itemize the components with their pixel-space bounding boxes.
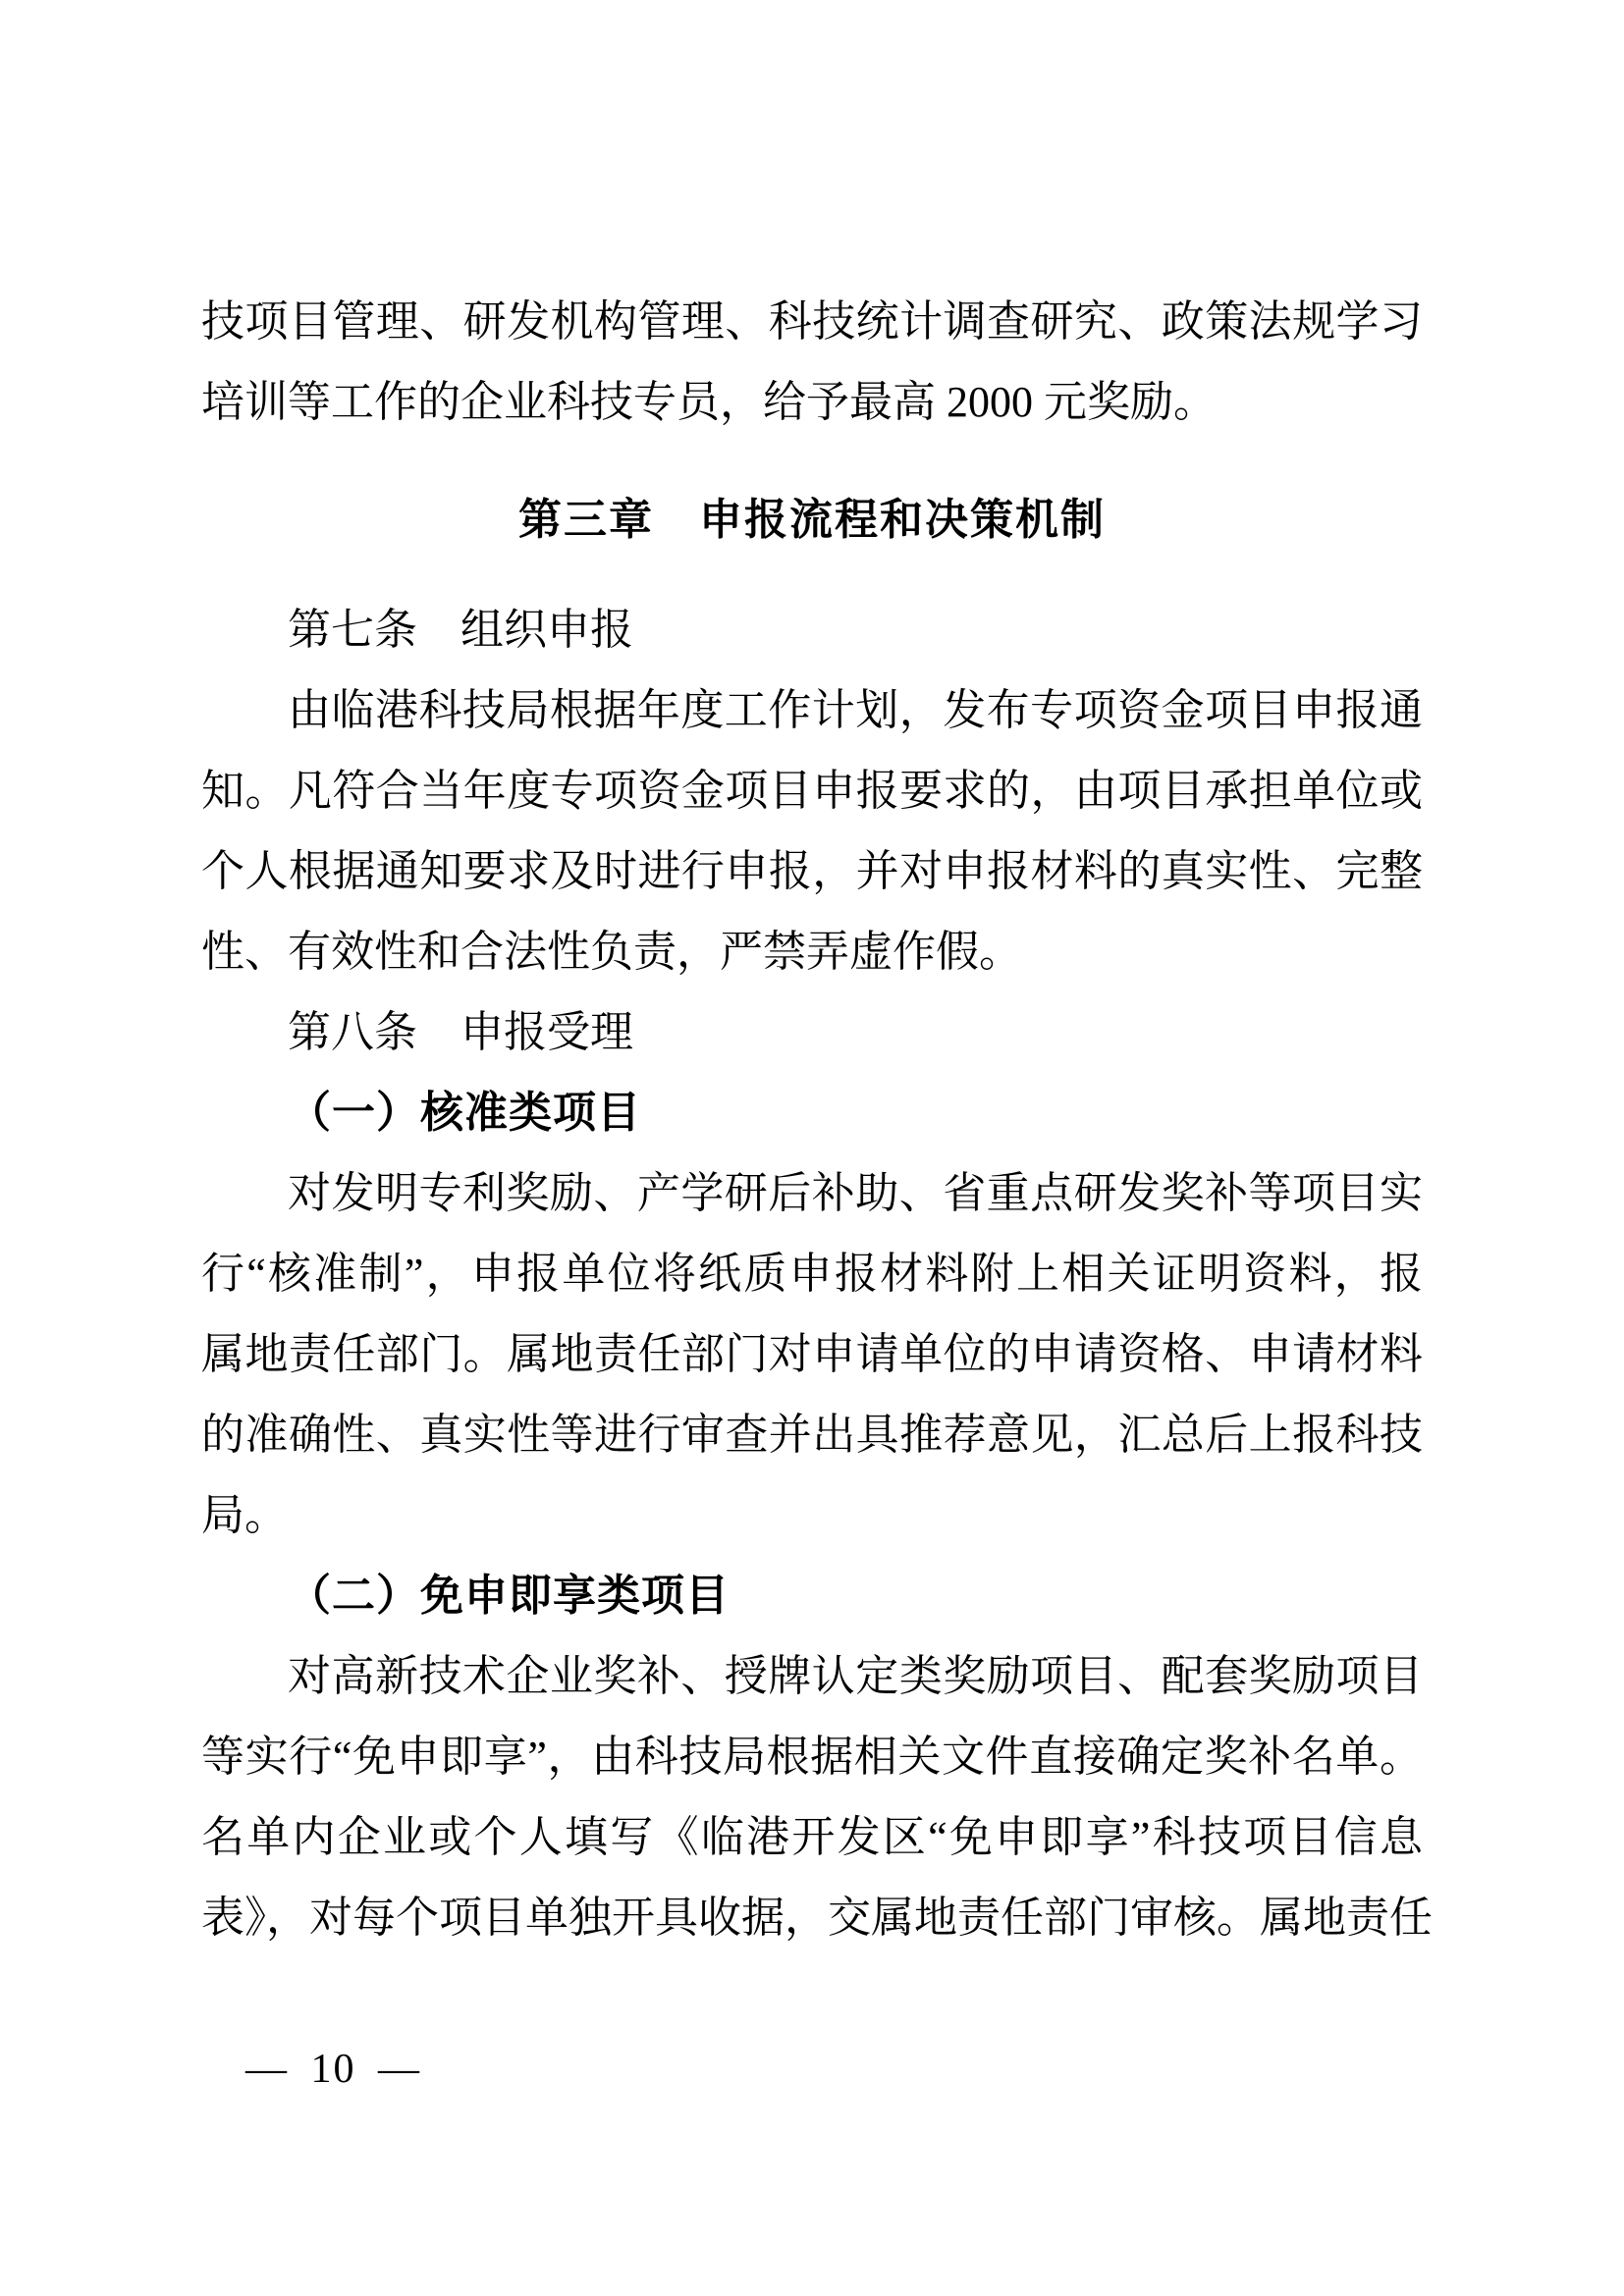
- body-text-line: 表》，对每个项目单独开具收据，交属地责任部门审核。属地责任: [201, 1878, 1423, 1958]
- body-text-line: 知。凡符合当年度专项资金项目申报要求的，由项目承担单位或: [201, 751, 1423, 831]
- body-text-line: 由临港科技局根据年度工作计划，发布专项资金项目申报通: [201, 670, 1423, 751]
- body-text-line: 对发明专利奖励、产学研后补助、省重点研发奖补等项目实: [201, 1153, 1423, 1234]
- subsection-1-heading: （一）核准类项目: [201, 1073, 1423, 1153]
- document-body: 技项目管理、研发机构管理、科技统计调查研究、政策法规学习 培训等工作的企业科技专…: [0, 0, 1624, 1958]
- document-page: 技项目管理、研发机构管理、科技统计调查研究、政策法规学习 培训等工作的企业科技专…: [0, 0, 1624, 2296]
- chapter-heading: 第三章 申报流程和决策机制: [201, 480, 1423, 561]
- body-text-line: 技项目管理、研发机构管理、科技统计调查研究、政策法规学习: [201, 282, 1423, 362]
- body-text-line: 行“核准制”，申报单位将纸质申报材料附上相关证明资料，报: [201, 1234, 1423, 1314]
- body-text-line: 性、有效性和合法性负责，严禁弄虚作假。: [201, 912, 1423, 992]
- body-text-line: 属地责任部门。属地责任部门对申请单位的申请资格、申请材料: [201, 1314, 1423, 1395]
- article-7-title: 第七条 组织申报: [201, 590, 1423, 670]
- body-text-line: 个人根据通知要求及时进行申报，并对申报材料的真实性、完整: [201, 831, 1423, 912]
- body-text-line: 局。: [201, 1475, 1423, 1556]
- body-text-line: 等实行“免申即享”，由科技局根据相关文件直接确定奖补名单。: [201, 1717, 1423, 1797]
- body-text-line: 对高新技术企业奖补、授牌认定类奖励项目、配套奖励项目: [201, 1636, 1423, 1717]
- subsection-2-heading: （二）免申即享类项目: [201, 1556, 1423, 1636]
- page-number: — 10 —: [245, 2045, 421, 2094]
- article-8-title: 第八条 申报受理: [201, 992, 1423, 1073]
- body-text-line: 的准确性、真实性等进行审查并出具推荐意见，汇总后上报科技: [201, 1395, 1423, 1475]
- body-text-line: 名单内企业或个人填写《临港开发区“免申即享”科技项目信息: [201, 1797, 1423, 1878]
- body-text-line: 培训等工作的企业科技专员，给予最高 2000 元奖励。: [201, 362, 1423, 443]
